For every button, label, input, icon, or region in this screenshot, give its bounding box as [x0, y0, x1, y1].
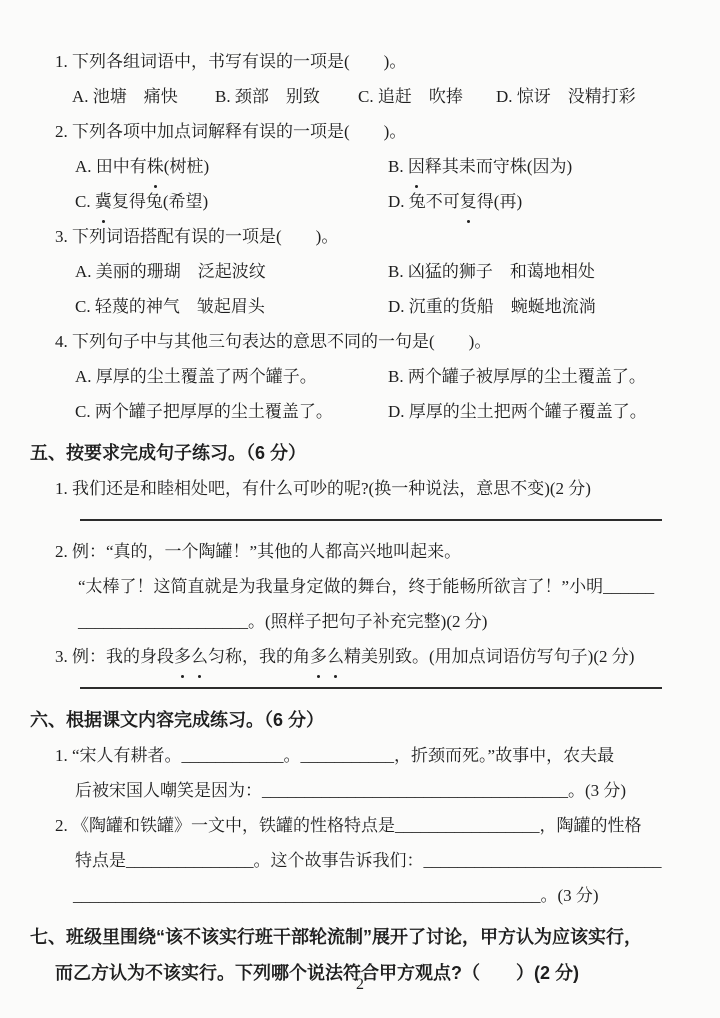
test-paper-page: 1. 下列各组词语中，书写有误的一项是( )。 A. 池塘 痛快 B. 颈部 别…	[0, 0, 720, 1018]
question-2-options-row-1: A. 田中有株(树桩) B. 因释其耒而守株(因为)	[75, 149, 720, 184]
question-4-options-row-2: C. 两个罐子把厚厚的尘土覆盖了。 D. 厚厚的尘土把两个罐子覆盖了。	[75, 394, 720, 429]
section-5-question-2-line-3: ____________________。(照样子把句子补充完整)(2 分)	[78, 604, 720, 639]
section-5-question-2-line-1: 2. 例：“真的，一个陶罐！”其他的人都高兴地叫起来。	[55, 534, 720, 569]
question-4-option-c: C. 两个罐子把厚厚的尘土覆盖了。	[75, 394, 388, 429]
question-3-stem: 3. 下列词语搭配有误的一项是( )。	[55, 219, 720, 254]
question-4-option-a: A. 厚厚的尘土覆盖了两个罐子。	[75, 359, 388, 394]
question-1-option-b: B. 颈部 别致	[215, 79, 358, 114]
section-6-question-1-line-2: 后被宋国人嘲笑是因为：_____________________________…	[75, 773, 720, 808]
section-6-question-2-line-1: 2. 《陶罐和铁罐》一文中，铁罐的性格特点是_________________，…	[55, 808, 720, 843]
question-4-stem: 4. 下列句子中与其他三句表达的意思不同的一句是( )。	[55, 324, 720, 359]
question-2-options-row-2: C. 冀复得兔(希望) D. 兔不可复得(再)	[75, 184, 720, 219]
question-4-option-d: D. 厚厚的尘土把两个罐子覆盖了。	[388, 394, 720, 429]
answer-line	[80, 687, 662, 689]
section-7-line-1: 七、班级里围绕“该不该实行班干部轮流制”展开了讨论，甲方认为应该实行，	[30, 919, 720, 955]
section-6-question-2-line-3: ________________________________________…	[73, 878, 720, 913]
question-2-option-d: D. 兔不可复得(再)	[388, 184, 720, 219]
answer-line	[80, 519, 662, 521]
question-3-options-row-1: A. 美丽的珊瑚 泛起波纹 B. 凶猛的狮子 和蔼地相处	[75, 254, 720, 289]
question-3-option-d: D. 沉重的货船 蜿蜒地流淌	[388, 289, 720, 324]
question-3-option-b: B. 凶猛的狮子 和蔼地相处	[388, 254, 720, 289]
question-2-option-b: B. 因释其耒而守株(因为)	[388, 149, 720, 184]
question-2-option-c: C. 冀复得兔(希望)	[75, 184, 388, 219]
section-5-question-1: 1. 我们还是和睦相处吧，有什么可吵的呢?(换一种说法，意思不变)(2 分)	[55, 471, 720, 506]
question-1-stem: 1. 下列各组词语中，书写有误的一项是( )。	[55, 44, 720, 79]
section-5-question-2-line-2: “太棒了！这简直就是为我量身定做的舞台，终于能畅所欲言了！”小明______	[78, 569, 720, 604]
question-2-stem: 2. 下列各项中加点词解释有误的一项是( )。	[55, 114, 720, 149]
section-6-title: 六、根据课文内容完成练习。（6 分）	[30, 702, 720, 738]
section-6-question-2-line-2: 特点是_______________。这个故事告诉我们：____________…	[75, 843, 720, 878]
question-3-options-row-2: C. 轻蔑的神气 皱起眉头 D. 沉重的货船 蜿蜒地流淌	[75, 289, 720, 324]
section-5-title: 五、按要求完成句子练习。（6 分）	[30, 435, 720, 471]
section-6-question-1-line-1: 1. “宋人有耕者。____________。___________，折颈而死。…	[55, 738, 720, 773]
question-1-option-c: C. 追赶 吹捧	[358, 79, 496, 114]
question-2-option-a: A. 田中有株(树桩)	[75, 149, 388, 184]
question-4-option-b: B. 两个罐子被厚厚的尘土覆盖了。	[388, 359, 720, 394]
question-3-option-c: C. 轻蔑的神气 皱起眉头	[75, 289, 388, 324]
question-3-option-a: A. 美丽的珊瑚 泛起波纹	[75, 254, 388, 289]
question-1-option-a: A. 池塘 痛快	[72, 79, 215, 114]
question-4-options-row-1: A. 厚厚的尘土覆盖了两个罐子。 B. 两个罐子被厚厚的尘土覆盖了。	[75, 359, 720, 394]
question-1-option-d: D. 惊讶 没精打彩	[496, 79, 720, 114]
section-5-question-3: 3. 例：我的身段多么匀称，我的角多么精美别致。(用加点词语仿写句子)(2 分)	[55, 639, 720, 674]
question-1-options: A. 池塘 痛快 B. 颈部 别致 C. 追赶 吹捧 D. 惊讶 没精打彩	[72, 79, 720, 114]
page-number: 2	[0, 976, 720, 994]
